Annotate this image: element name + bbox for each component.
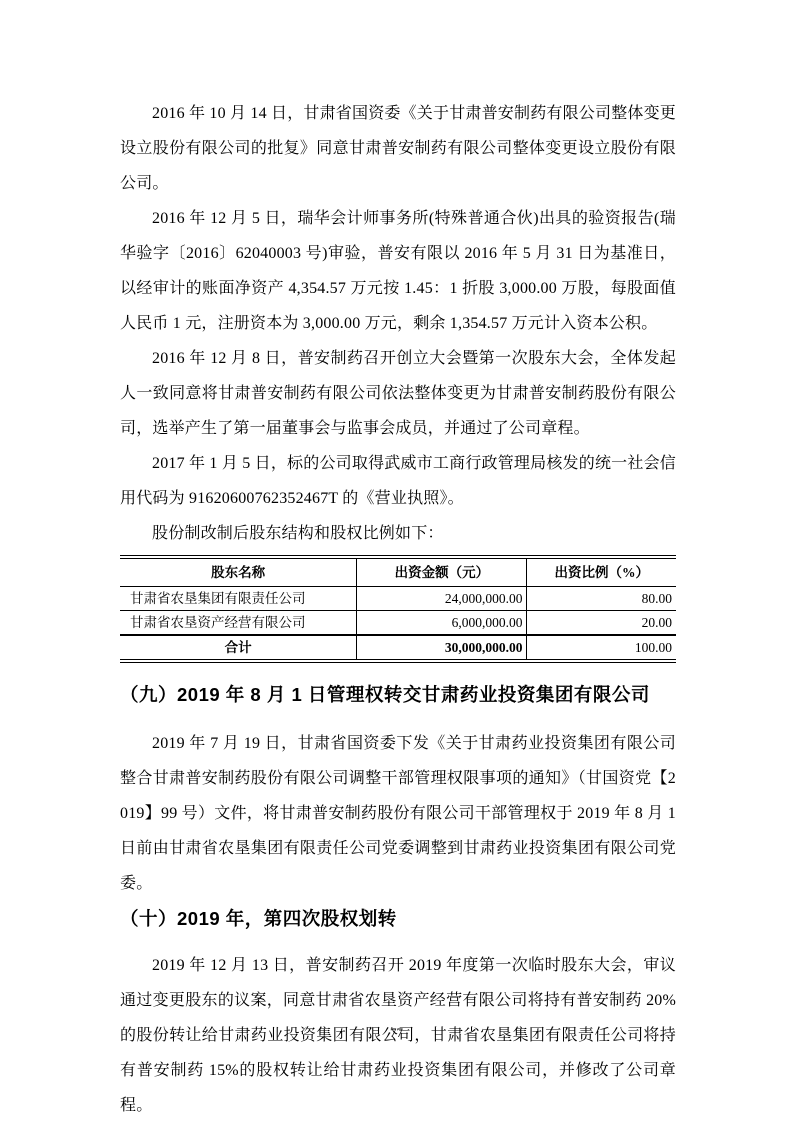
contribution-ratio: 20.00 [527,611,676,636]
document-page: 2016 年 10 月 14 日，甘肃省国资委《关于甘肃普安制药有限公司整体变更… [0,0,793,1122]
paragraph-2016-12-08-founding-meeting: 2016 年 12 月 8 日，普安制药召开创立大会暨第一次股东大会，全体发起人… [120,341,676,446]
total-ratio: 100.00 [527,635,676,661]
contribution-amount: 6,000,000.00 [357,611,527,636]
page-number: 77 [0,1024,793,1042]
table-row-shareholder-2: 甘肃省农垦资产经营有限公司 6,000,000.00 20.00 [120,611,676,636]
table-header-shareholder-name: 股东名称 [120,557,357,587]
shareholder-name: 甘肃省农垦集团有限责任公司 [120,587,357,611]
paragraph-2017-01-05-business-license: 2017 年 1 月 5 日，标的公司取得武威市工商行政管理局核发的统一社会信用… [120,446,676,516]
contribution-amount: 24,000,000.00 [357,587,527,611]
table-intro-text: 股份制改制后股东结构和股权比例如下： [120,516,676,551]
paragraph-2016-12-05-capital-verification: 2016 年 12 月 5 日，瑞华会计师事务所(特殊普通合伙)出具的验资报告(… [120,201,676,341]
table-row-total: 合计 30,000,000.00 100.00 [120,635,676,661]
total-label: 合计 [120,635,357,661]
table-header-row: 股东名称 出资金额（元） 出资比例（%） [120,557,676,587]
paragraph-2019-07-19-management-transfer: 2019 年 7 月 19 日，甘肃省国资委下发《关于甘肃药业投资集团有限公司整… [120,726,676,901]
shareholder-structure-table: 股东名称 出资金额（元） 出资比例（%） 甘肃省农垦集团有限责任公司 24,00… [120,555,676,663]
contribution-ratio: 80.00 [527,587,676,611]
shareholder-name: 甘肃省农垦资产经营有限公司 [120,611,357,636]
table-header-contribution-ratio: 出资比例（%） [527,557,676,587]
section-heading-9: （九）2019 年 8 月 1 日管理权转交甘肃药业投资集团有限公司 [120,681,676,708]
section-heading-10: （十）2019 年，第四次股权划转 [120,905,676,932]
table-header-contribution-amount: 出资金额（元） [357,557,527,587]
paragraph-2016-10-14: 2016 年 10 月 14 日，甘肃省国资委《关于甘肃普安制药有限公司整体变更… [120,96,676,201]
table-row-shareholder-1: 甘肃省农垦集团有限责任公司 24,000,000.00 80.00 [120,587,676,611]
total-amount: 30,000,000.00 [357,635,527,661]
